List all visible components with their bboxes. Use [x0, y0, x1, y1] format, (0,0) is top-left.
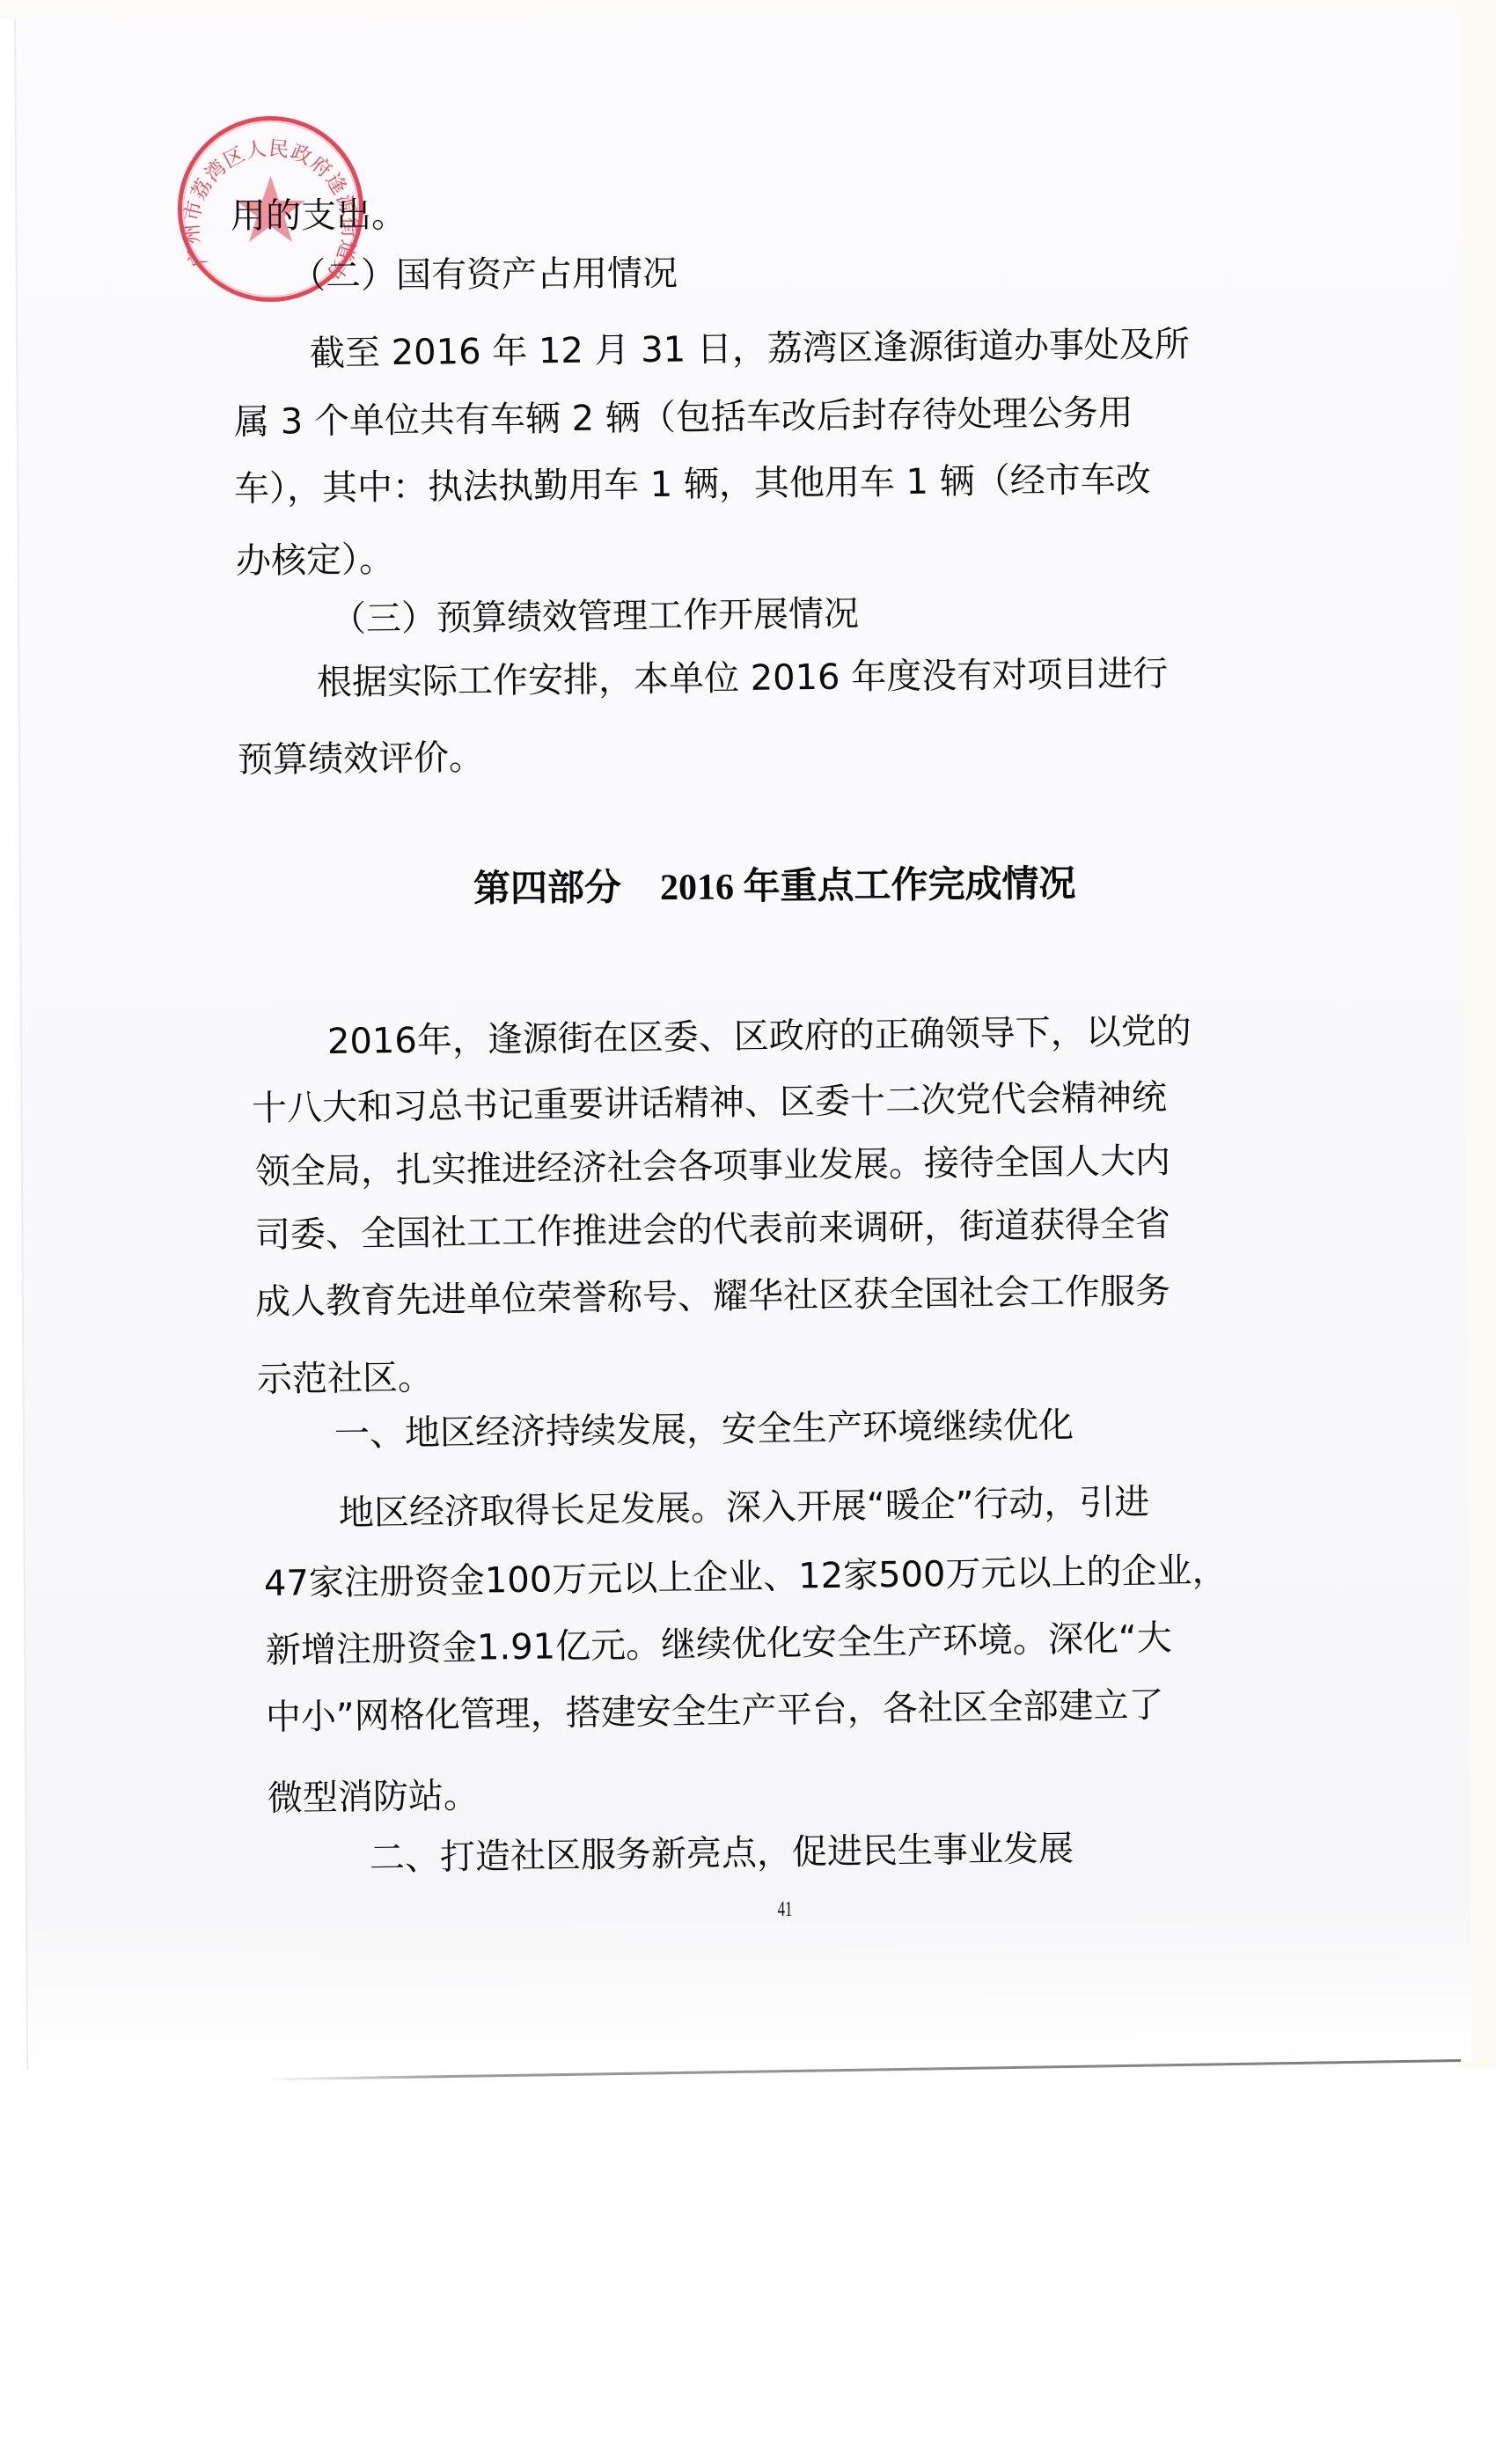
subheading-performance: （三）预算绩效管理工作开展情况 [331, 593, 859, 641]
section-heading: 第四部分2016 年重点工作完成情况 [473, 862, 1076, 911]
body-line: 示范社区。 [257, 1357, 434, 1401]
page-number: 41 [778, 1898, 793, 1922]
subheading-assets: （二）国有资产占用情况 [290, 253, 678, 297]
subsection-heading-economy: 一、地区经济持续发展，安全生产环境继续优化 [334, 1404, 1074, 1456]
section-part: 第四部分 [473, 866, 621, 910]
text-line: 根据实际工作安排，本单位 2016 年度没有对项目进行 [317, 653, 1169, 704]
text-line: 预算绩效评价。 [238, 737, 484, 781]
section-title: 2016 年重点工作完成情况 [660, 864, 1076, 908]
text-line: 办核定）。 [236, 539, 394, 583]
text-line: 用的支出。 [231, 194, 407, 238]
body-line: 微型消防站。 [268, 1775, 480, 1820]
